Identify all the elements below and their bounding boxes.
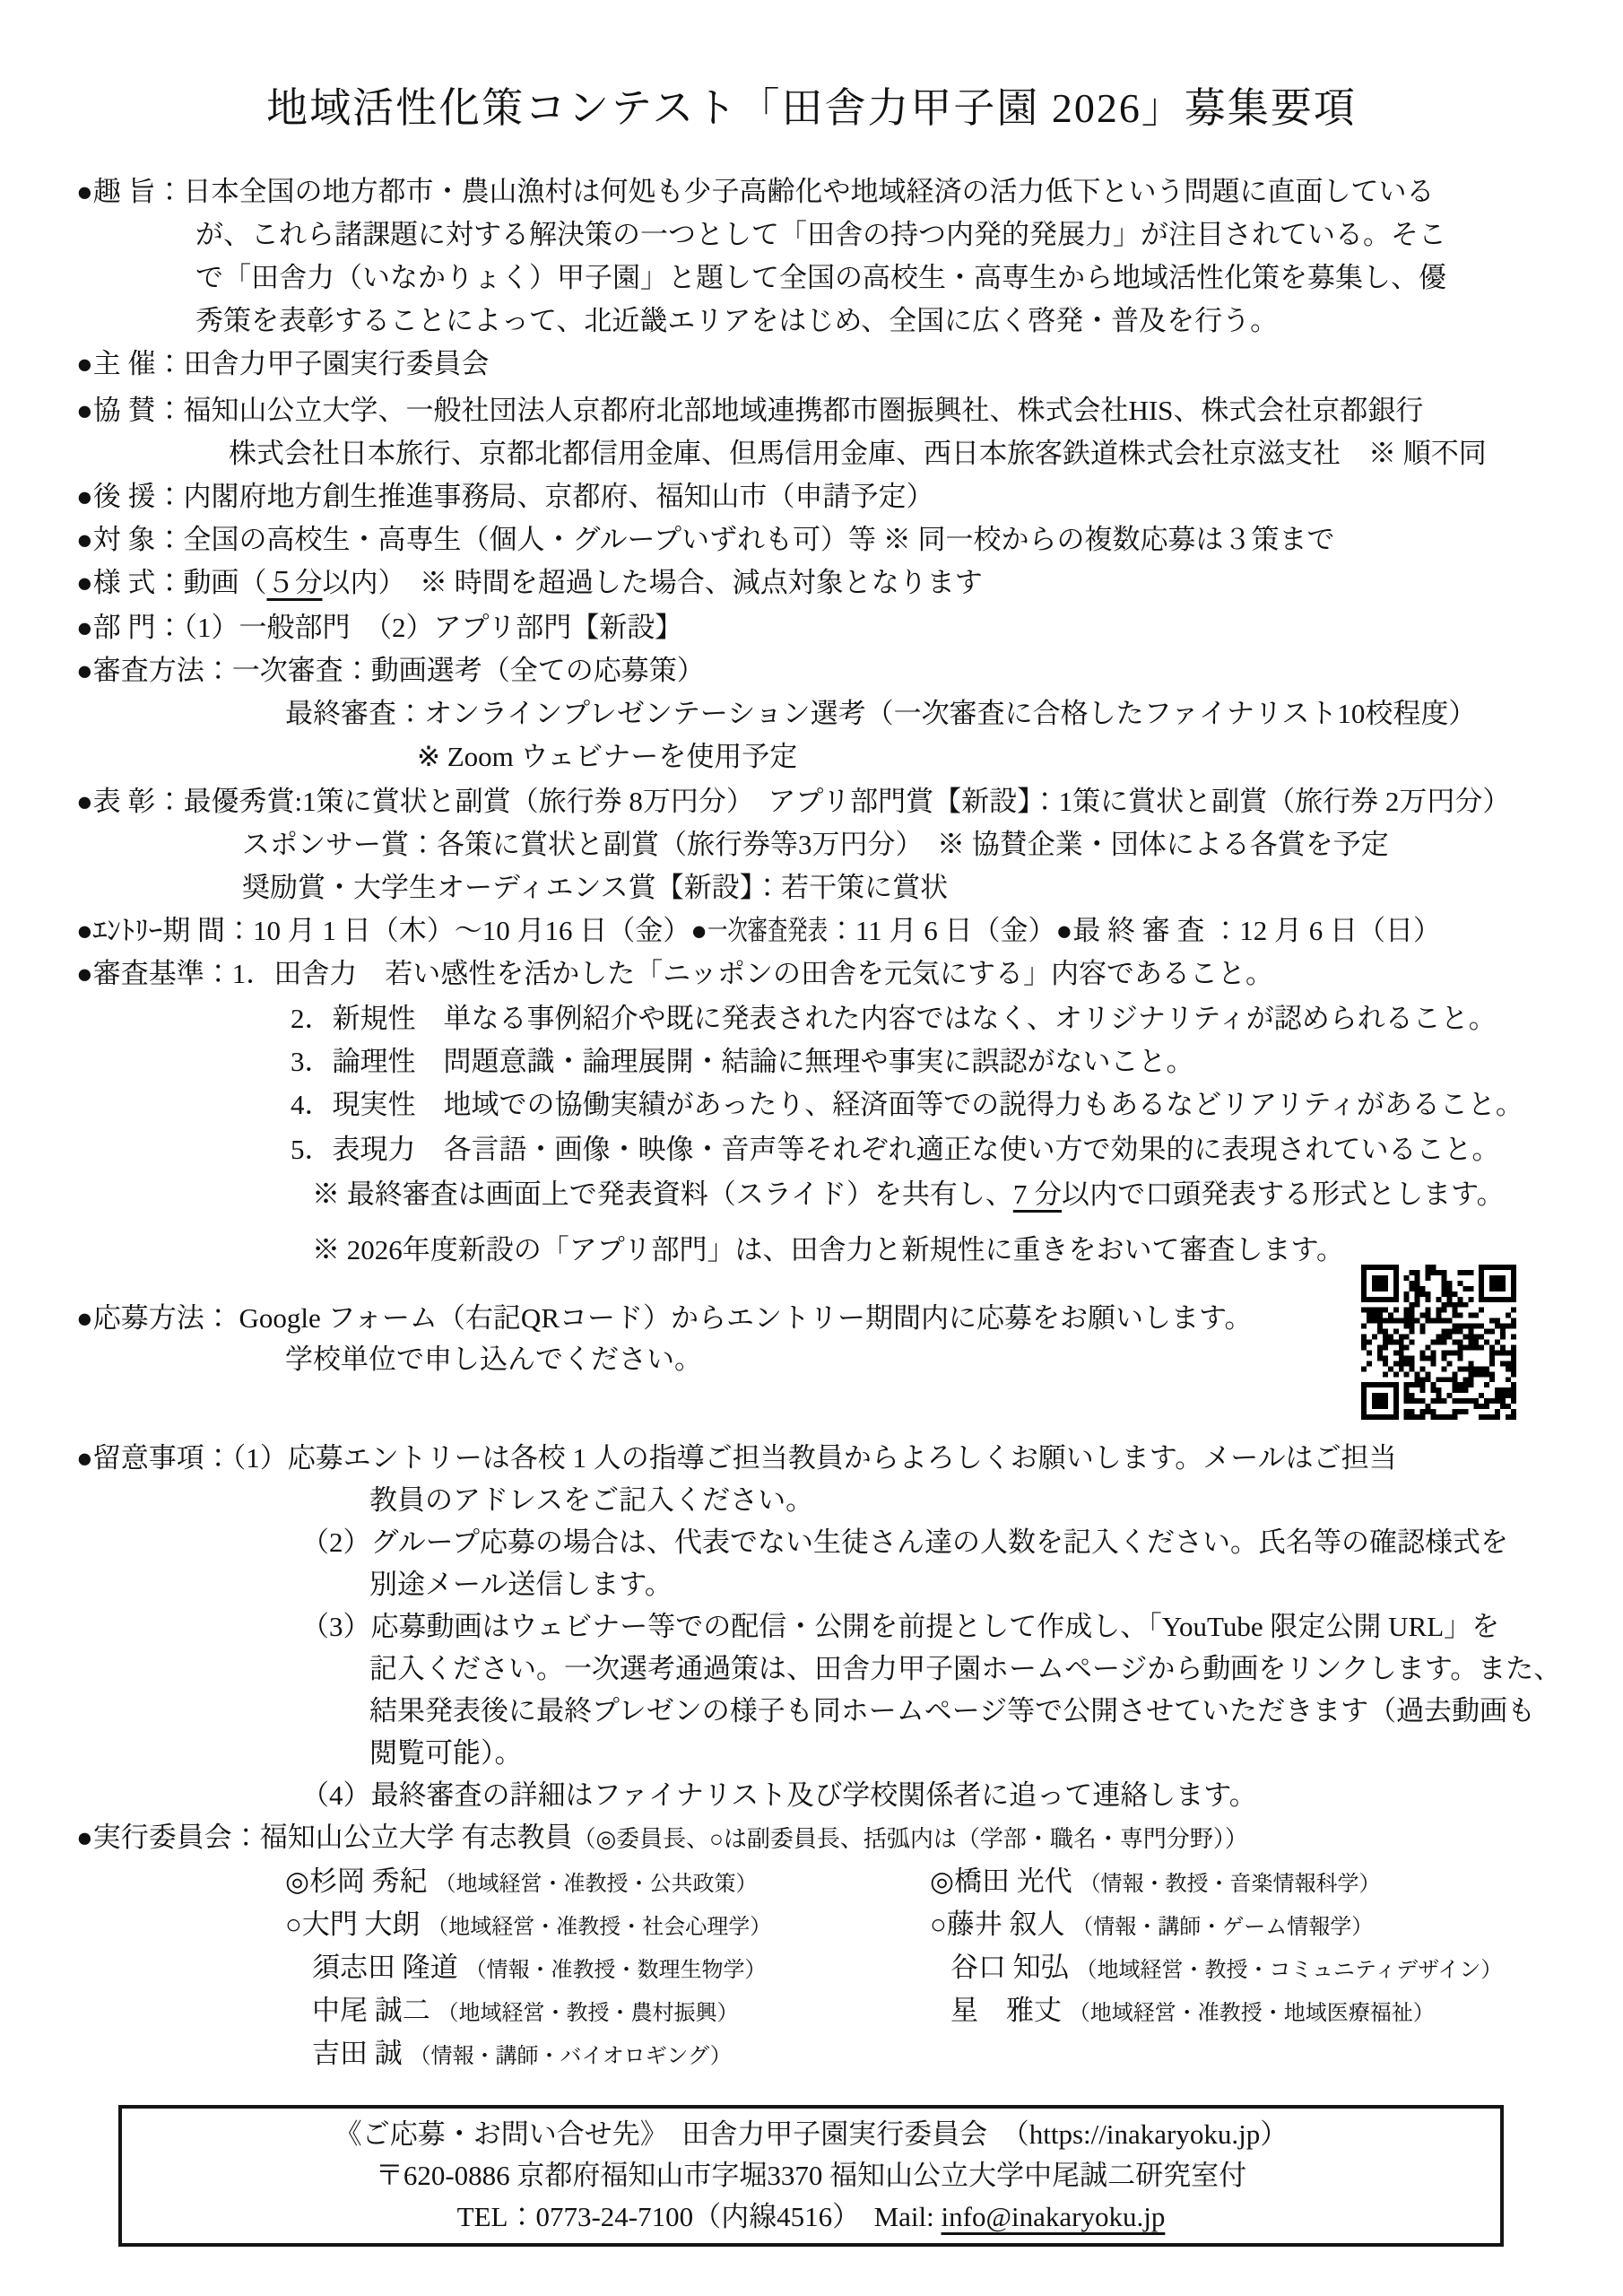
committee-member: ◎杉岡 秀紀 （地域経営・准教授・公共政策） (285, 1862, 758, 1904)
qr-code (1361, 1265, 1516, 1420)
committee-member: 中尾 誠二 （地域経営・教授・農村振興） (312, 1991, 739, 2033)
notes-item3-line-2: 記入ください。一次選考通過策は、田舎力甲子園ホームページから動画をリンクします。… (369, 1649, 1561, 1689)
sponsor-line-2: 株式会社日本旅行、京都北都信用金庫、但馬信用金庫、西日本旅客鉄道株式会社京滋支社… (229, 434, 1487, 474)
sponsor-line-1: ●協 賛：福知山公立大学、一般社団法人京都府北部地域連携都市圏振興社、株式会社H… (76, 391, 1423, 430)
notes-item3-line-1: （3）応募動画はウェビナー等での配信・公開を前提として作成し、「YouTube … (301, 1607, 1499, 1647)
member-name: 中尾 誠二 (312, 1995, 430, 2026)
committee-member: 谷口 知弘 （地域経営・教授・コミュニティデザイン） (950, 1948, 1502, 1990)
committee-member: 吉田 誠 （情報・講師・バイオロギング） (312, 2034, 732, 2076)
format-prefix: ●様 式：動画（ (76, 567, 266, 598)
criteria-note-prefix: ※ 最終審査は画面上で発表資料（スライド）を共有し、 (312, 1178, 1013, 1210)
contact-line-1: 《ご応募・お問い合せ先》 田舎力甲子園実行委員会 （https://inakar… (334, 2118, 1288, 2152)
notes-item3-line-3: 結果発表後に最終プレゼンの様子も同ホームページ等で公開させていただきます（過去動… (369, 1692, 1535, 1731)
purpose-line-4: 秀策を表彰することによって、北近畿エリアをはじめ、全国に広く啓発・普及を行う。 (195, 301, 1278, 341)
member-title: （情報・准教授・数理生物学） (465, 1959, 767, 1982)
member-name: 吉田 誠 (312, 2038, 403, 2069)
schedule-entry-period: ●ｴﾝﾄﾘｰ期 間：10 月 1 日（木）～10 月16 日（金）● (76, 915, 707, 946)
application-line-1: ●応募方法： Google フォーム（右記QRコード）からエントリー期間内に応募… (76, 1299, 1253, 1338)
member-name: ○大門 大朗 (285, 1909, 420, 1940)
notes-item2-line-2: 別途メール送信します。 (369, 1565, 673, 1605)
committee-header-label: ●実行委員会：福知山公立大学 有志教員 (76, 1822, 572, 1853)
committee-header: ●実行委員会：福知山公立大学 有志教員（◎委員長、○は副委員長、括弧内は（学部・… (76, 1818, 1248, 1859)
purpose-line-1: ●趣 旨：日本全国の地方都市・農山漁村は何処も少子高齢化や地域経済の活力低下とい… (76, 172, 1434, 212)
document-page: 地域活性化策コンテスト「田舎力甲子園 2026」募集要項 ●趣 旨：日本全国の地… (0, 0, 1623, 2296)
criteria-note-final: ※ 最終審査は画面上で発表資料（スライド）を共有し、7 分以内で口頭発表する形式… (312, 1175, 1505, 1214)
member-title: （地域経営・准教授・社会心理学） (427, 1916, 771, 1939)
committee-member: 星 雅丈 （地域経営・准教授・地域医療福祉） (950, 1991, 1435, 2033)
format-suffix: 以内） ※ 時間を超過した場合、減点対象となります (322, 567, 982, 598)
member-title: （地域経営・教授・コミュニティデザイン） (1076, 1959, 1503, 1982)
criteria-line-3: 3．論理性 問題意識・論理展開・結論に無理や事実に誤認がないこと。 (291, 1042, 1194, 1082)
member-title: （情報・講師・ゲーム情報学） (1072, 1916, 1373, 1939)
member-name: 須志田 隆道 (312, 1952, 458, 1983)
schedule-rest: ：11 月 6 日（金）●最 終 審 査 ：12 月 6 日（日） (828, 915, 1441, 946)
page-title: 地域活性化策コンテスト「田舎力甲子園 2026」募集要項 (0, 75, 1623, 135)
criteria-note-underlined-duration: 7 分 (1013, 1178, 1062, 1210)
criteria-line-1: ●審査基準：1．田舎力 若い感性を活かした「ニッポンの田舎を元気にする」内容であ… (76, 954, 1273, 994)
committee-member: ○藤井 叙人 （情報・講師・ゲーム情報学） (930, 1905, 1373, 1947)
notes-item3-line-4: 閲覧可能）。 (369, 1734, 523, 1773)
member-title: （地域経営・准教授・公共政策） (435, 1873, 758, 1896)
contact-box: 《ご応募・お問い合せ先》 田舎力甲子園実行委員会 （https://inakar… (118, 2105, 1504, 2247)
screening-line-1: ●審査方法：一次審査：動画選考（全ての応募策） (76, 651, 705, 691)
criteria-note-app-category: ※ 2026年度新設の「アプリ部門」は、田舎力と新規性に重きをおいて審査します。 (312, 1231, 1344, 1270)
committee-header-note: （◎委員長、○は副委員長、括弧内は（学部・職名・専門分野）） (572, 1826, 1247, 1852)
schedule-line: ●ｴﾝﾄﾘｰ期 間：10 月 1 日（木）～10 月16 日（金）●一次審査発表… (76, 911, 1441, 951)
member-name: 星 雅丈 (950, 1995, 1062, 2026)
award-line-2: スポンサー賞：各策に賞状と副賞（旅行券等3万円分） ※ 協賛企業・団体による各賞… (242, 825, 1389, 865)
contact-line-3: TEL：0773-24-7100（内線4516） Mail: info@inak… (457, 2200, 1166, 2234)
eligibility-line: ●対 象：全国の高校生・高専生（個人・グループいずれも可）等 ※ 同一校からの複… (76, 520, 1335, 560)
member-title: （情報・教授・音楽情報科学） (1080, 1873, 1381, 1896)
support-line: ●後 援：内閣府地方創生推進事務局、京都府、福知山市（申請予定） (76, 477, 933, 517)
format-line: ●様 式：動画（５分以内） ※ 時間を超過した場合、減点対象となります (76, 563, 983, 603)
award-line-3: 奨励賞・大学生オーディエンス賞【新設】：若干策に賞状 (242, 868, 948, 908)
organizer-line: ●主 催：田舎力甲子園実行委員会 (76, 344, 489, 384)
member-title: （情報・講師・バイオロギング） (410, 2045, 732, 2068)
screening-line-2: 最終審査：オンラインプレゼンテーション選考（一次審査に合格したファイナリスト10… (285, 694, 1476, 734)
notes-item1-line-1: ●留意事項：（1）応募エントリーは各校 1 人の指導ご担当教員からよろしくお願い… (76, 1439, 1397, 1478)
member-title: （地域経営・教授・農村振興） (438, 2002, 739, 2025)
award-line-1: ●表 彰：最優秀賞:1策に賞状と副賞（旅行券 8万円分） アプリ部門賞【新設】：… (76, 782, 1510, 822)
contact-tel: TEL：0773-24-7100（内線4516） Mail: (457, 2201, 942, 2232)
notes-item1-line-2: 教員のアドレスをご記入ください。 (369, 1481, 813, 1520)
notes-item4-line: （4）最終審査の詳細はファイナリスト及び学校関係者に追って連絡します。 (301, 1776, 1257, 1815)
contact-line-2: 〒620-0886 京都府福知山市字堀3370 福知山公立大学中尾誠二研究室付 (376, 2159, 1246, 2193)
notes-item2-line-1: （2）グループ応募の場合は、代表でない生徒さん達の人数を記入ください。氏名等の確… (301, 1523, 1508, 1562)
schedule-first-result-label: 一次審査発表 (707, 911, 828, 951)
purpose-line-3: で「田舎力（いなかりょく）甲子園」と題して全国の高校生・高専生から地域活性化策を… (195, 258, 1446, 298)
purpose-line-2: が、これら諸課題に対する解決策の一つとして「田舎の持つ内発的発展力」が注目されて… (195, 215, 1446, 255)
contact-email: info@inakaryoku.jp (942, 2201, 1166, 2232)
criteria-line-2: 2．新規性 単なる事例紹介や既に発表された内容ではなく、オリジナリティが認められ… (291, 999, 1497, 1039)
application-line-2: 学校単位で申し込んでください。 (285, 1340, 702, 1379)
member-name: ◎杉岡 秀紀 (285, 1865, 428, 1897)
qr-code-image (1361, 1265, 1516, 1420)
criteria-line-5: 5．表現力 各言語・画像・映像・音声等それぞれ適正な使い方で効果的に表現されてい… (291, 1130, 1500, 1170)
member-title: （地域経営・准教授・地域医療福祉） (1069, 2002, 1435, 2025)
member-name: ◎橋田 光代 (930, 1865, 1072, 1897)
criteria-note-suffix: 以内で口頭発表する形式とします。 (1062, 1178, 1505, 1210)
format-underlined-duration: ５分 (266, 567, 322, 598)
committee-member: ○大門 大朗 （地域経営・准教授・社会心理学） (285, 1905, 771, 1947)
member-name: ○藤井 叙人 (930, 1909, 1064, 1940)
screening-zoom-note: ※ Zoom ウェビナーを使用予定 (417, 737, 797, 777)
committee-member: ◎橋田 光代 （情報・教授・音楽情報科学） (930, 1862, 1381, 1904)
criteria-line-4: 4．現実性 地域での協働実績があったり、経済面等での説得力もあるなどリアリティが… (291, 1085, 1523, 1125)
member-name: 谷口 知弘 (950, 1952, 1069, 1983)
committee-member: 須志田 隆道 （情報・准教授・数理生物学） (312, 1948, 767, 1990)
category-line: ●部 門：（1）一般部門 （2）アプリ部門【新設】 (76, 608, 682, 648)
